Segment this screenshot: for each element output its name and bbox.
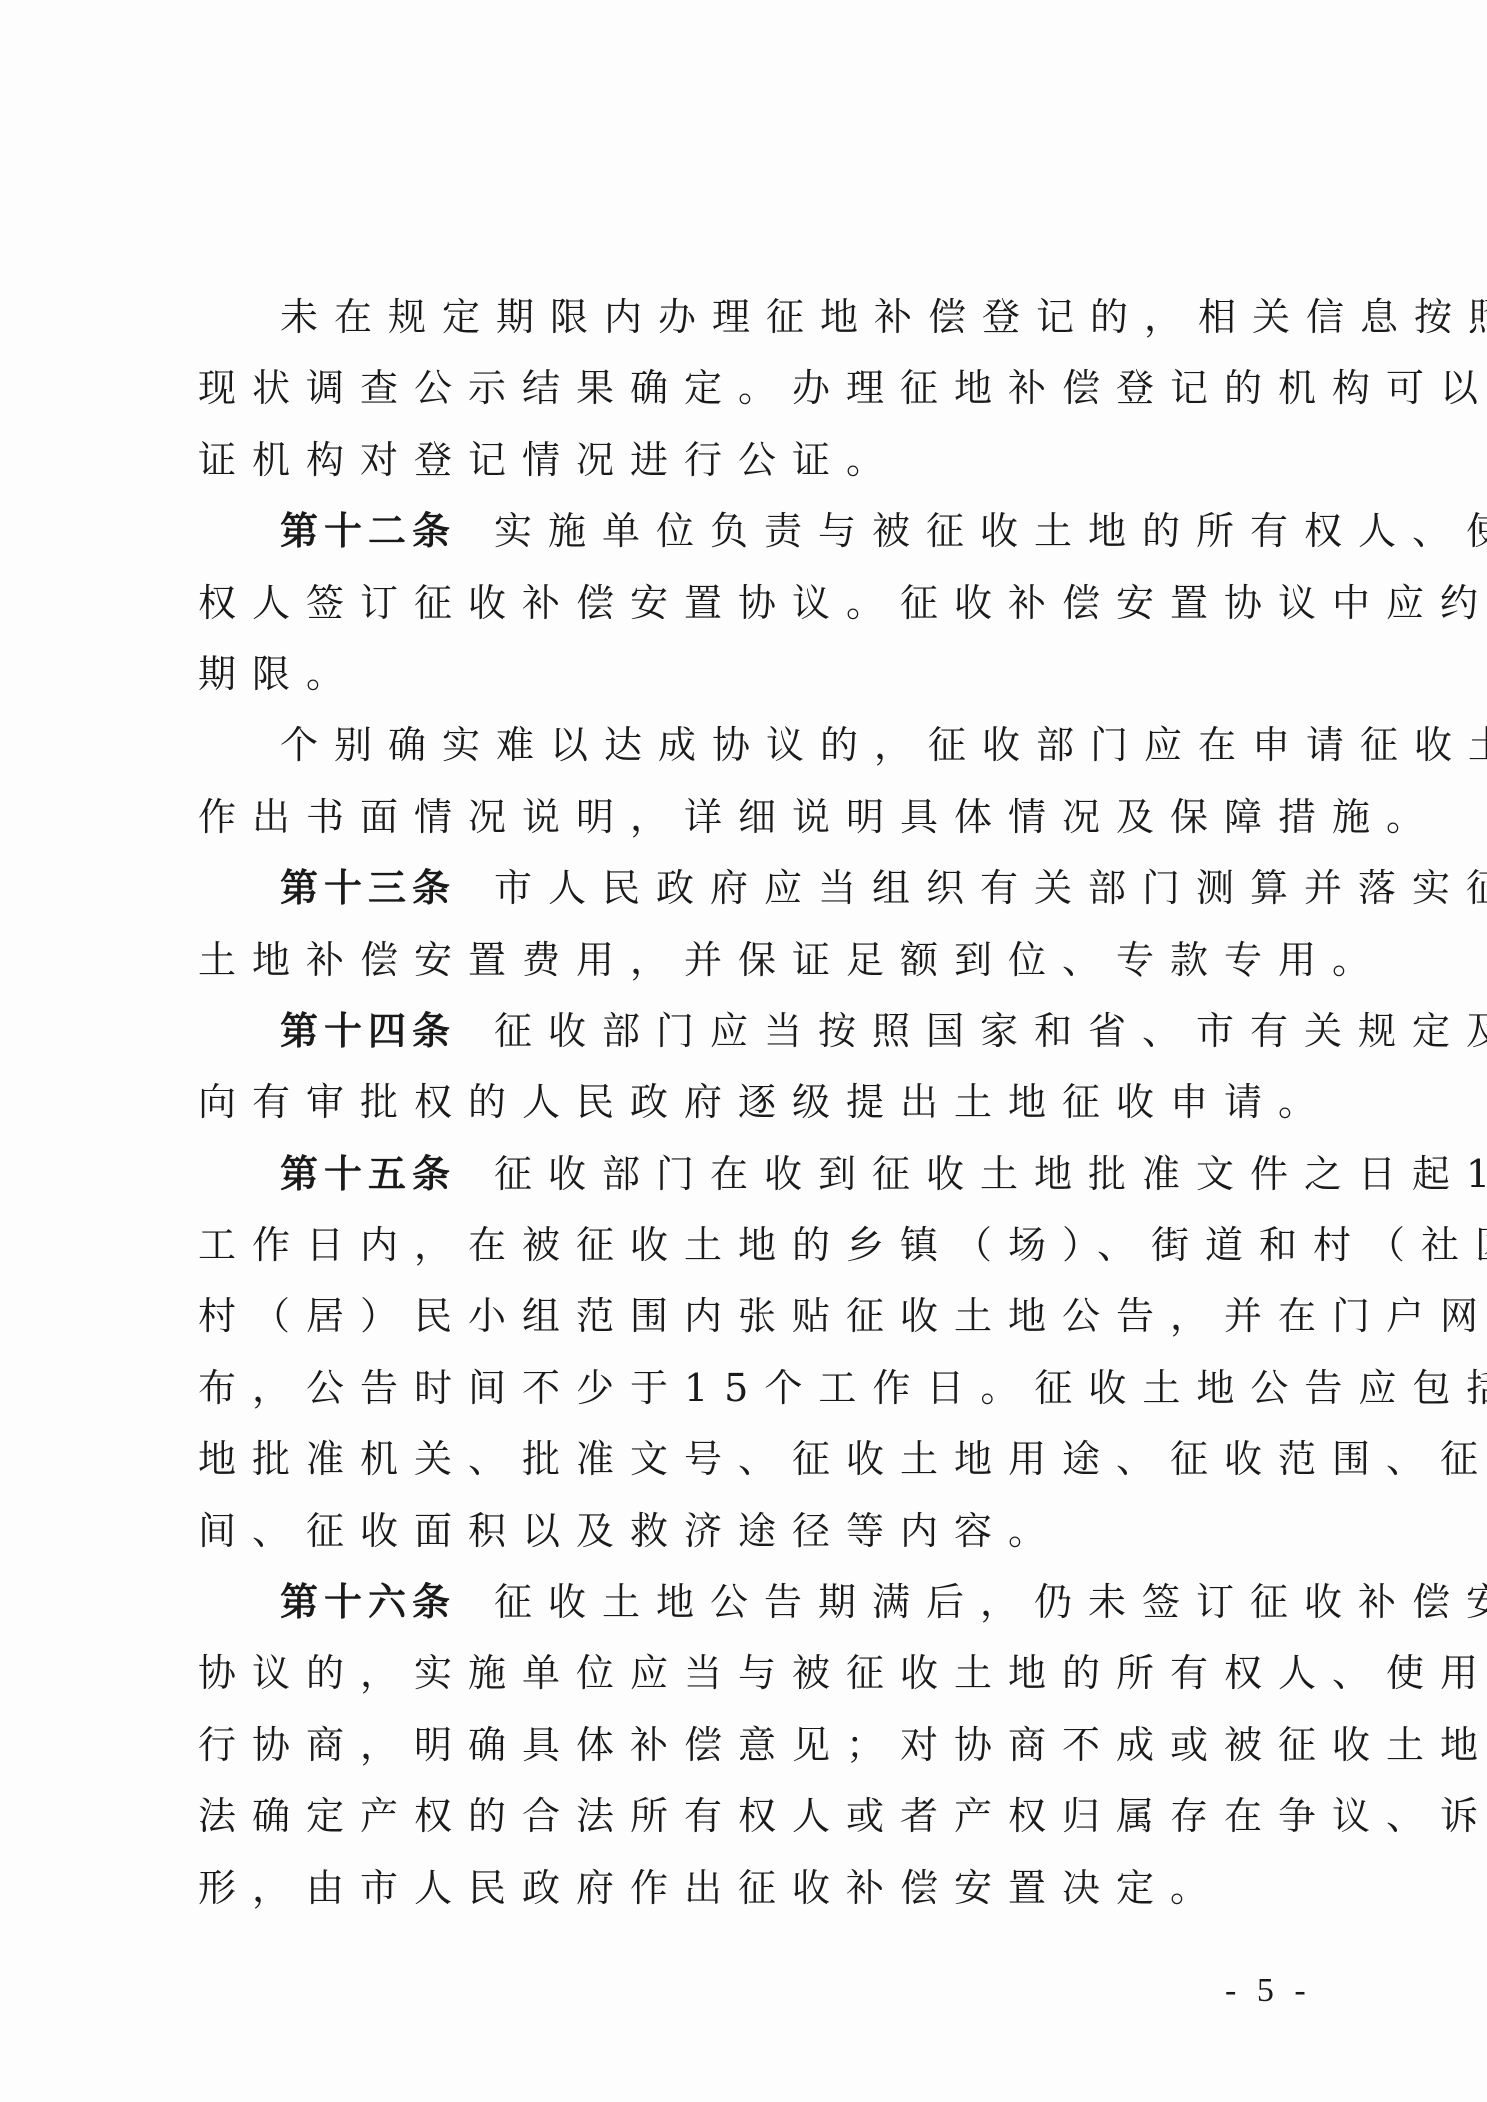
article-heading: 第十五条 xyxy=(280,1152,456,1196)
text-line: 协议的，实施单位应当与被征收土地的所有权人、使用权人进 xyxy=(198,1638,1308,1709)
line-text: 法确定产权的合法所有权人或者产权归属存在争议、诉讼等情 xyxy=(198,1794,1487,1838)
article-heading: 第十六条 xyxy=(280,1580,456,1624)
line-text: 市人民政府应当组织有关部门测算并落实征收 xyxy=(494,866,1487,910)
line-text: 征收部门应当按照国家和省、市有关规定及时 xyxy=(494,1009,1487,1053)
line-text: 征收土地公告期满后，仍未签订征收补偿安置 xyxy=(494,1580,1487,1624)
text-line: 形，由市人民政府作出征收补偿安置决定。 xyxy=(198,1853,1308,1924)
line-text: 行协商，明确具体补偿意见；对协商不成或被征收土地暂时无 xyxy=(198,1723,1487,1767)
text-line: 向有审批权的人民政府逐级提出土地征收申请。 xyxy=(198,1067,1308,1138)
text-line: 地批准机关、批准文号、征收土地用途、征收范围、征收时 xyxy=(198,1424,1308,1495)
text-line: 现状调查公示结果确定。办理征地补偿登记的机构可以委托公 xyxy=(198,353,1308,424)
line-text: 未在规定期限内办理征地补偿登记的，相关信息按照土地 xyxy=(280,295,1487,339)
line-text: 形，由市人民政府作出征收补偿安置决定。 xyxy=(198,1866,1224,1910)
text-line: 土地补偿安置费用，并保证足额到位、专款专用。 xyxy=(198,925,1308,996)
line-text: 间、征收面积以及救济途径等内容。 xyxy=(198,1509,1062,1553)
text-line: 第十五条征收部门在收到征收土地批准文件之日起10个 xyxy=(198,1139,1308,1210)
line-text: 征收部门在收到征收土地批准文件之日起10个 xyxy=(494,1152,1487,1196)
text-line: 第十二条实施单位负责与被征收土地的所有权人、使用 xyxy=(198,496,1308,567)
line-text: 期限。 xyxy=(198,652,360,696)
line-text: 地批准机关、批准文号、征收土地用途、征收范围、征收时 xyxy=(198,1437,1487,1481)
text-line: 第十六条征收土地公告期满后，仍未签订征收补偿安置 xyxy=(198,1567,1308,1638)
text-line: 工作日内，在被征收土地的乡镇（场）、街道和村（社区）、 xyxy=(198,1210,1308,1281)
line-text: 向有审批权的人民政府逐级提出土地征收申请。 xyxy=(198,1080,1332,1124)
line-text: 现状调查公示结果确定。办理征地补偿登记的机构可以委托公 xyxy=(198,366,1487,410)
text-line: 村（居）民小组范围内张贴征收土地公告，并在门户网站发 xyxy=(198,1281,1308,1352)
line-text: 个别确实难以达成协议的，征收部门应在申请征收土地时 xyxy=(280,723,1487,767)
text-line: 第十三条市人民政府应当组织有关部门测算并落实征收 xyxy=(198,853,1308,924)
line-text: 作出书面情况说明，详细说明具体情况及保障措施。 xyxy=(198,795,1440,839)
line-text: 村（居）民小组范围内张贴征收土地公告，并在门户网站发 xyxy=(198,1294,1487,1338)
line-text: 权人签订征收补偿安置协议。征收补偿安置协议中应约定腾退 xyxy=(198,581,1487,625)
text-line: 未在规定期限内办理征地补偿登记的，相关信息按照土地 xyxy=(198,282,1308,353)
text-line: 法确定产权的合法所有权人或者产权归属存在争议、诉讼等情 xyxy=(198,1781,1308,1852)
page-number: - 5 - xyxy=(1225,1972,1312,2010)
text-line: 权人签订征收补偿安置协议。征收补偿安置协议中应约定腾退 xyxy=(198,568,1308,639)
line-text: 协议的，实施单位应当与被征收土地的所有权人、使用权人进 xyxy=(198,1651,1487,1695)
article-heading: 第十四条 xyxy=(280,1009,456,1053)
line-text: 实施单位负责与被征收土地的所有权人、使用 xyxy=(494,509,1487,553)
text-line: 个别确实难以达成协议的，征收部门应在申请征收土地时 xyxy=(198,710,1308,781)
text-line: 第十四条征收部门应当按照国家和省、市有关规定及时 xyxy=(198,996,1308,1067)
line-text: 证机构对登记情况进行公证。 xyxy=(198,438,900,482)
document-page: 未在规定期限内办理征地补偿登记的，相关信息按照土地现状调查公示结果确定。办理征地… xyxy=(0,0,1487,2102)
text-line: 布，公告时间不少于15个工作日。征收土地公告应包括征收土 xyxy=(198,1353,1308,1424)
text-line: 行协商，明确具体补偿意见；对协商不成或被征收土地暂时无 xyxy=(198,1710,1308,1781)
line-text: 土地补偿安置费用，并保证足额到位、专款专用。 xyxy=(198,938,1386,982)
body-text: 未在规定期限内办理征地补偿登记的，相关信息按照土地现状调查公示结果确定。办理征地… xyxy=(198,282,1308,1924)
text-line: 期限。 xyxy=(198,639,1308,710)
text-line: 证机构对登记情况进行公证。 xyxy=(198,425,1308,496)
text-line: 作出书面情况说明，详细说明具体情况及保障措施。 xyxy=(198,782,1308,853)
article-heading: 第十三条 xyxy=(280,866,456,910)
text-line: 间、征收面积以及救济途径等内容。 xyxy=(198,1496,1308,1567)
line-text: 工作日内，在被征收土地的乡镇（场）、街道和村（社区）、 xyxy=(198,1223,1487,1267)
line-text: 布，公告时间不少于15个工作日。征收土地公告应包括征收土 xyxy=(198,1366,1487,1410)
article-heading: 第十二条 xyxy=(280,509,456,553)
